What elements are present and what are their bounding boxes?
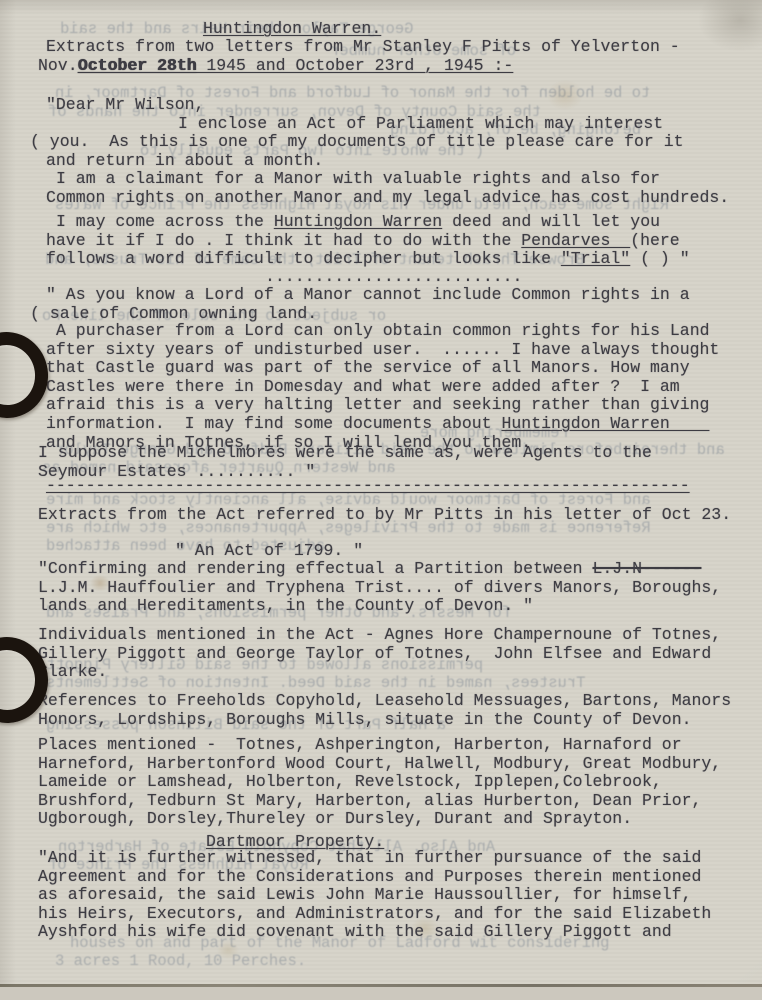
intro-line: Extracts from two letters from Mr Stanle…	[38, 38, 746, 57]
letter-opening-line: I enclose an Act of Parliament which may…	[38, 115, 746, 134]
act-places: Places mentioned - Totnes, Ashperington,…	[38, 736, 746, 829]
act-references-line: References to Freeholds Copyhold, Leaseh…	[38, 692, 746, 711]
letter-deed-line: have it if I do . I think it had to do w…	[38, 232, 746, 251]
act-places-line: Lameide or Lamshead, Holberton, Revelsto…	[38, 773, 746, 792]
text-segment: I may come across the	[56, 212, 274, 231]
letter-purchaser-line: A purchaser from a Lord can only obtain …	[38, 322, 746, 341]
dotted-separator: ..........................	[38, 268, 746, 287]
text-segment: after sixty years of undisturbed user. .…	[46, 340, 719, 359]
dartmoor-quote-line: as aforesaid, the said Lewis John Marie …	[38, 886, 746, 905]
text-segment: I suppose the Michelmores were the same …	[38, 443, 652, 462]
text-segment: Ugborough, Dorsley,Thureley or Dursley, …	[38, 809, 632, 828]
act-places-line: Places mentioned - Totnes, Ashperington,…	[38, 736, 746, 755]
text-segment: Castles were there in Domesday and what …	[46, 377, 680, 396]
text-segment: Brushford, Tedburn St Mary, Harberton, a…	[38, 791, 701, 810]
text-segment: "Trial"	[561, 249, 630, 268]
text-segment: "And it is further witnessed, that in fu…	[38, 848, 701, 867]
letter-deed-line: I may come across the Huntingdon Warren …	[38, 213, 746, 232]
text-segment: information. I may find some documents a…	[46, 414, 501, 433]
text-segment: " As you know a Lord of a Manor cannot i…	[46, 285, 690, 304]
text-segment: ----------------------------------------…	[46, 476, 690, 495]
act-individuals-line: Individuals mentioned in the Act - Agnes…	[38, 626, 746, 645]
act-quote-line: L.J.M. Hauffoulier and Tryphena Trist...…	[38, 579, 746, 598]
letter-michelmores-line: I suppose the Michelmores were the same …	[38, 444, 746, 463]
letter-purchaser-line: that Castle guard was part of the servic…	[38, 359, 746, 378]
text-segment: ..........................	[265, 267, 522, 286]
paper-bottom-strip	[0, 987, 762, 1000]
dartmoor-quote-line: "And it is further witnessed, that in fu…	[38, 849, 746, 868]
text-segment: I am a claimant for a Manor with valuabl…	[56, 169, 660, 188]
text-segment: " An Act of 1799. "	[175, 541, 363, 560]
letter-claimant-line: Common rights on another Manor and my le…	[38, 189, 746, 208]
intro-line: Nov.October 28th 1945 and October 23rd ,…	[38, 57, 746, 76]
text-segment: Extracts from the Act referred to by Mr …	[38, 505, 731, 524]
act-references-line: Honors, Lordships, Boroughs Mills, situa…	[38, 711, 746, 730]
text-segment: October 28th	[78, 56, 197, 75]
dartmoor-quote-line: Ayshford his wife did covenant with the …	[38, 923, 746, 942]
act-intro-line: Extracts from the Act referred to by Mr …	[38, 506, 746, 525]
text-segment: afraid this is a very halting letter and…	[46, 395, 709, 414]
text-segment: Individuals mentioned in the Act - Agnes…	[38, 625, 721, 644]
text-segment: Places mentioned - Totnes, Ashperington,…	[38, 735, 682, 754]
letter-purchaser-line: after sixty years of undisturbed user. .…	[38, 341, 746, 360]
text-segment: "Dear Mr Wilson,	[46, 95, 204, 114]
act-references: References to Freeholds Copyhold, Leaseh…	[38, 692, 746, 729]
text-segment: Pendarves	[521, 231, 630, 250]
act-places-line: Harneford, Harbertonford Wood Court, Hal…	[38, 755, 746, 774]
dartmoor-quote-line: Agreement and for the Considerations and…	[38, 868, 746, 887]
letter-opening-line: and return in about a month.	[38, 152, 746, 171]
text-segment: 1945 and October 23rd , 1945 :-	[196, 56, 513, 75]
text-segment: "Confirming and rendering effectual a Pa…	[38, 559, 593, 578]
act-places-line: Brushford, Tedburn St Mary, Harberton, a…	[38, 792, 746, 811]
text-segment: follows a word difficult to decipher but…	[46, 249, 561, 268]
text-segment: Honors, Lordships, Boroughs Mills, situa…	[38, 710, 692, 729]
intro: Extracts from two letters from Mr Stanle…	[38, 38, 746, 75]
act-quote-line: lands and Hereditaments, in the County o…	[38, 597, 746, 616]
text-segment: References to Freeholds Copyhold, Leaseh…	[38, 691, 731, 710]
text-segment: as aforesaid, the said Lewis John Marie …	[38, 885, 692, 904]
text-segment: Huntingdon Warren	[501, 414, 709, 433]
text-segment: ( ) "	[630, 249, 689, 268]
text-segment: have it if I do . I think it had to do w…	[46, 231, 521, 250]
text-segment: Ayshford his wife did covenant with the …	[38, 922, 672, 941]
text-segment: I enclose an Act of Parliament which may…	[178, 114, 663, 133]
text-segment: Common rights on another Manor and my le…	[46, 188, 729, 207]
letter-opening-line: ( you. As this is one of my documents of…	[30, 133, 746, 152]
letter-claimant: I am a claimant for a Manor with valuabl…	[38, 170, 746, 207]
text-segment: Harneford, Harbertonford Wood Court, Hal…	[38, 754, 721, 773]
text-segment: that Castle guard was part of the servic…	[46, 358, 690, 377]
letter-deed-line: follows a word difficult to decipher but…	[38, 250, 746, 269]
act-individuals-line: Gillery Piggott and George Taylor of Tot…	[38, 645, 746, 664]
doc-title-line: Huntingdon Warren.	[38, 20, 746, 39]
letter-opening-line: "Dear Mr Wilson,	[38, 96, 746, 115]
letter-claimant-line: I am a claimant for a Manor with valuabl…	[38, 170, 746, 189]
text-segment: deed and will let you	[442, 212, 660, 231]
letter-opening: "Dear Mr Wilson,I enclose an Act of Parl…	[38, 96, 746, 170]
text-segment: A purchaser from a Lord can only obtain …	[56, 321, 710, 340]
text-segment: Agreement and for the Considerations and…	[38, 867, 701, 886]
dotted-separator-line: ..........................	[38, 268, 746, 287]
act-title-line: " An Act of 1799. "	[38, 542, 746, 561]
act-individuals-line: Clarke.	[38, 663, 746, 682]
letter-purchaser-line: Castles were there in Domesday and what …	[38, 378, 746, 397]
dartmoor-quote-line: his Heirs, Executors, and Administrators…	[38, 905, 746, 924]
text-segment: Gillery Piggott and George Taylor of Tot…	[38, 644, 711, 663]
text-segment: Lameide or Lamshead, Holberton, Revelsto…	[38, 772, 662, 791]
act-places-line: Ugborough, Dorsley,Thureley or Dursley, …	[38, 810, 746, 829]
letter-purchaser-line: afraid this is a very halting letter and…	[38, 396, 746, 415]
letter-purchaser-line: information. I may find some documents a…	[38, 415, 746, 434]
letter-common-rights: " As you know a Lord of a Manor cannot i…	[38, 286, 746, 323]
text-segment: Extracts from two letters from Mr Stanle…	[46, 37, 680, 56]
text-segment: ( sale of Common owning land.	[30, 304, 317, 323]
text-segment: lands and Hereditaments, in the County o…	[38, 596, 533, 615]
text-segment: ( you. As this is one of my documents of…	[30, 132, 684, 151]
dartmoor-quote: "And it is further witnessed, that in fu…	[38, 849, 746, 942]
text-segment: Huntingdon Warren.	[203, 19, 381, 38]
text-segment: Clarke.	[38, 662, 107, 681]
act-title: " An Act of 1799. "	[38, 542, 746, 561]
act-quote: "Confirming and rendering effectual a Pa…	[38, 560, 746, 616]
doc-title: Huntingdon Warren.	[38, 20, 746, 39]
letter-common-rights-line: " As you know a Lord of a Manor cannot i…	[38, 286, 746, 305]
act-quote-line: "Confirming and rendering effectual a Pa…	[38, 560, 746, 579]
text-segment: his Heirs, Executors, and Administrators…	[38, 904, 711, 923]
text-segment: Nov.	[38, 56, 78, 75]
act-intro: Extracts from the Act referred to by Mr …	[38, 506, 746, 525]
letter-purchaser: A purchaser from a Lord can only obtain …	[38, 322, 746, 452]
scanned-page: George Taylor their Heirs and the saidof…	[0, 0, 762, 1000]
text-segment: Huntingdon Warren	[274, 212, 442, 231]
text-segment: L.J.M. Hauffoulier and Tryphena Trist...…	[38, 578, 721, 597]
text-segment: and return in about a month.	[46, 151, 323, 170]
text-segment: L.J.N------	[593, 559, 702, 578]
document-body: Huntingdon Warren.Extracts from two lett…	[0, 0, 762, 1000]
text-segment: (here	[630, 231, 680, 250]
dashed-separator-line: ----------------------------------------…	[38, 477, 746, 496]
act-individuals: Individuals mentioned in the Act - Agnes…	[38, 626, 746, 682]
letter-deed: I may come across the Huntingdon Warren …	[38, 213, 746, 269]
dashed-separator: ----------------------------------------…	[38, 477, 746, 496]
